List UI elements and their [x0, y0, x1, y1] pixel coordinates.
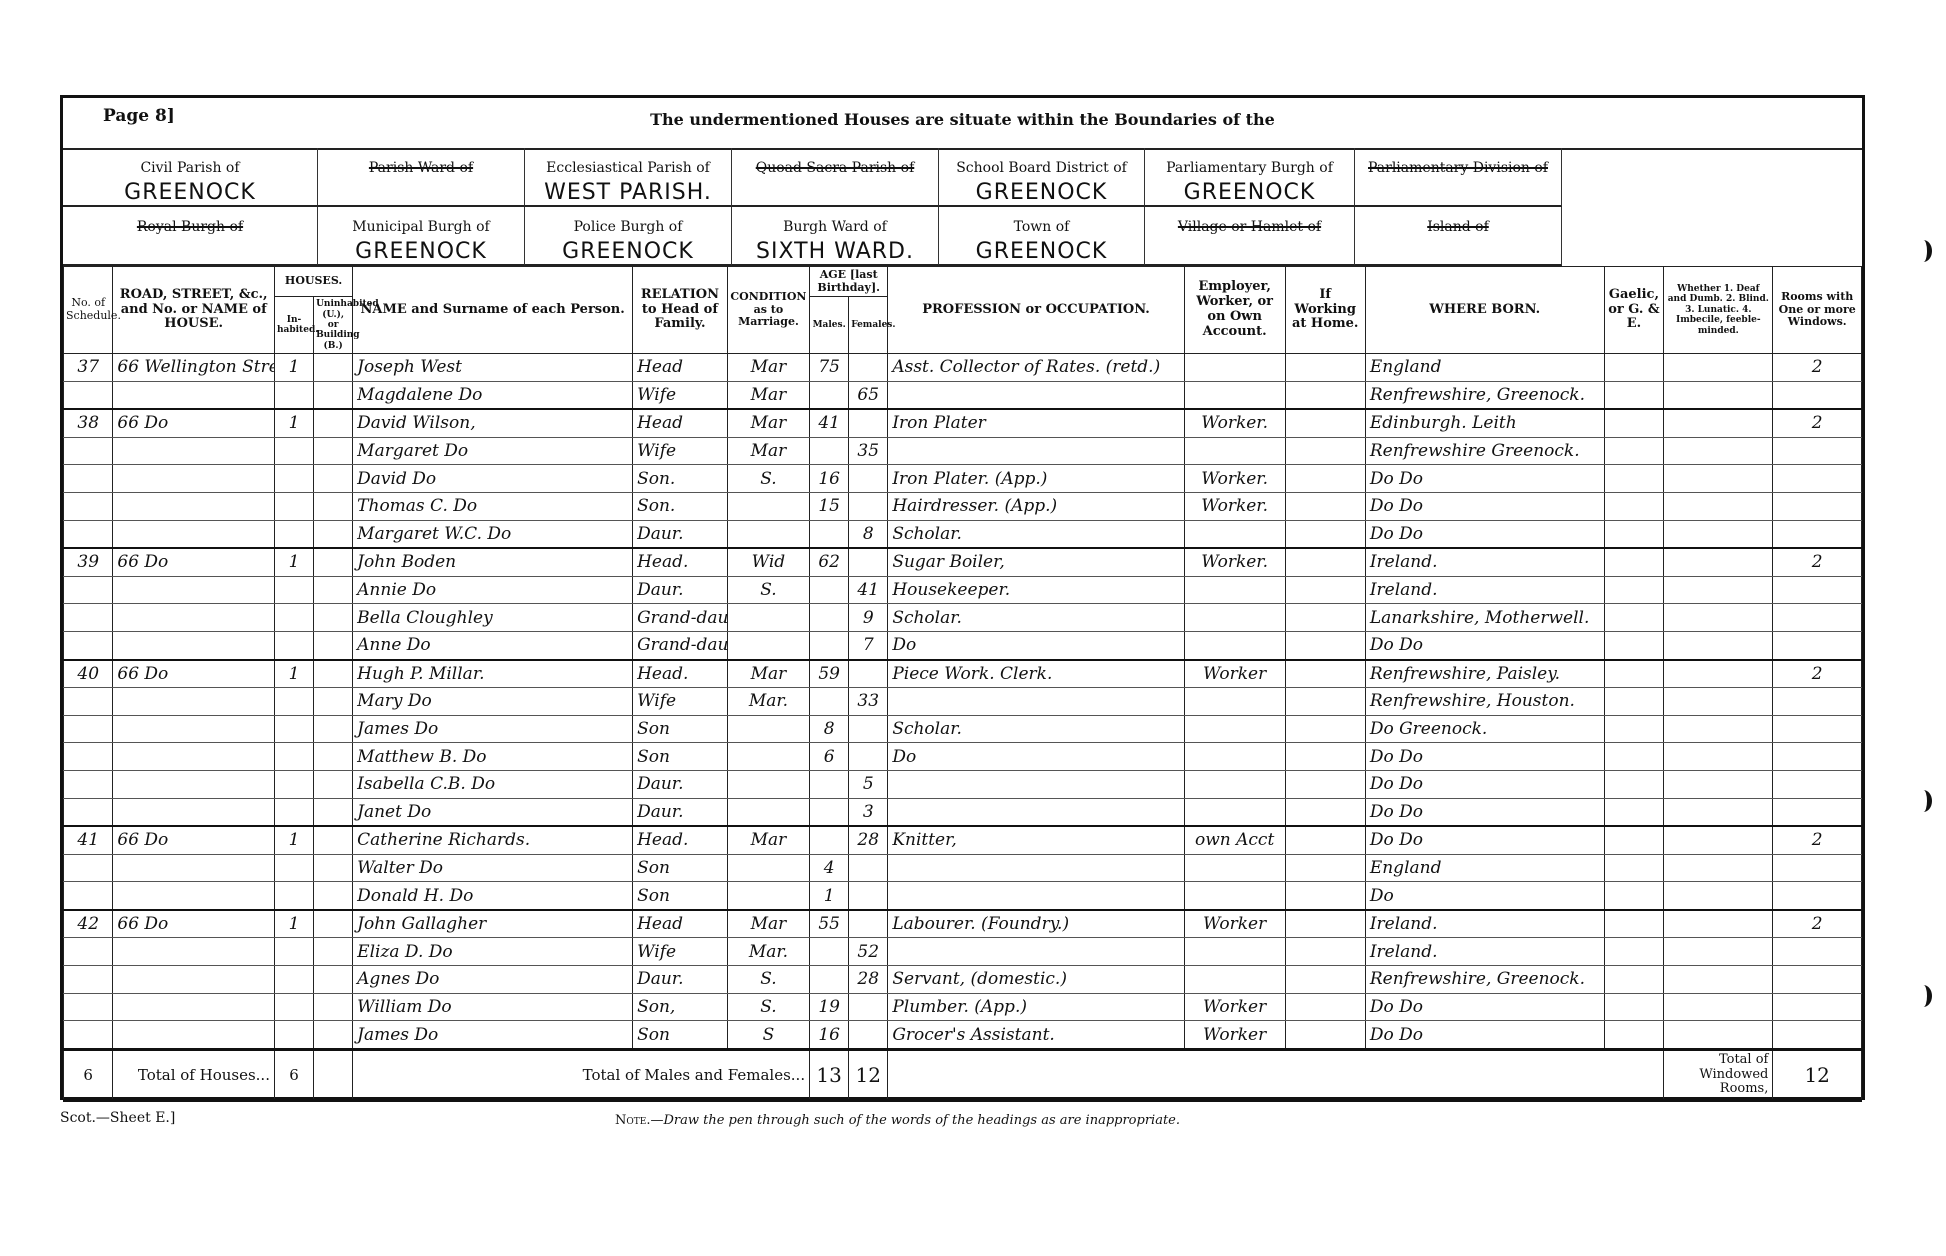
birthplace-cell: Do Do	[1365, 743, 1604, 771]
binding-mark	[1915, 240, 1932, 262]
relation-cell: Head	[633, 910, 728, 938]
schedule-cell	[64, 743, 113, 771]
sheet-label: Scot.—Sheet E.]	[60, 1110, 175, 1126]
females-age-cell	[849, 854, 888, 882]
rooms-cell	[1773, 715, 1862, 743]
females-age-cell: 28	[849, 966, 888, 994]
occupation-cell: Hairdresser. (App.)	[888, 492, 1184, 520]
name-cell: James Do	[353, 1021, 633, 1050]
uninhabited-cell	[314, 492, 353, 520]
uninhabited-cell	[314, 604, 353, 632]
employer-cell	[1184, 743, 1285, 771]
birthplace-cell: Lanarkshire, Motherwell.	[1365, 604, 1604, 632]
occupation-cell: Piece Work. Clerk.	[888, 660, 1184, 688]
males-age-cell	[810, 966, 849, 994]
relation-cell: Grand-daur.	[633, 604, 728, 632]
name-cell: Margaret Do	[353, 437, 633, 465]
inhabited-cell	[274, 743, 313, 771]
gaelic-cell	[1604, 354, 1664, 382]
females-age-cell: 8	[849, 520, 888, 548]
relation-cell: Son.	[633, 492, 728, 520]
boundary-value: SIXTH WARD.	[732, 239, 938, 264]
boundary-cell: Parliamentary Burgh ofGREENOCK	[1145, 148, 1355, 207]
birthplace-cell: Do Do	[1365, 798, 1604, 826]
employer-cell	[1184, 938, 1285, 966]
col-condition: CONDITION as to Marriage.	[727, 267, 809, 354]
schedule-cell	[64, 1021, 113, 1050]
address-cell	[113, 604, 275, 632]
uninhabited-cell	[314, 715, 353, 743]
uninhabited-cell	[314, 743, 353, 771]
birthplace-cell: England	[1365, 354, 1604, 382]
occupation-cell: Knitter,	[888, 826, 1184, 854]
employer-cell: Worker	[1184, 1021, 1285, 1050]
at-home-cell	[1285, 548, 1365, 576]
col-occupation: PROFESSION or OCCUPATION.	[888, 267, 1184, 354]
uninhabited-cell	[314, 882, 353, 910]
infirmity-cell	[1664, 465, 1773, 493]
name-cell: Catherine Richards.	[353, 826, 633, 854]
inhabited-cell	[274, 715, 313, 743]
boundary-cell: Island of	[1355, 207, 1562, 266]
females-age-cell	[849, 910, 888, 938]
at-home-cell	[1285, 604, 1365, 632]
total-rooms: 12	[1773, 1049, 1862, 1100]
employer-cell	[1184, 770, 1285, 798]
females-age-cell	[849, 715, 888, 743]
at-home-cell	[1285, 854, 1365, 882]
condition-cell	[727, 492, 809, 520]
address-cell	[113, 1021, 275, 1050]
name-cell: Hugh P. Millar.	[353, 660, 633, 688]
boundary-cell: Parish Ward of	[318, 148, 525, 207]
infirmity-cell	[1664, 437, 1773, 465]
col-relation: RELATION to Head of Family.	[633, 267, 728, 354]
infirmity-cell	[1664, 798, 1773, 826]
boundary-cell: Municipal Burgh ofGREENOCK	[318, 207, 525, 266]
occupation-cell: Housekeeper.	[888, 576, 1184, 604]
col-schedule: No. of Schedule.	[64, 267, 113, 354]
uninhabited-cell	[314, 381, 353, 409]
name-cell: David Wilson,	[353, 409, 633, 437]
note-text: Draw the pen through such of the words o…	[663, 1113, 1180, 1128]
at-home-cell	[1285, 743, 1365, 771]
inhabited-cell: 1	[274, 354, 313, 382]
total-houses-uninhabited	[314, 1049, 353, 1100]
condition-cell: S.	[727, 465, 809, 493]
birthplace-cell: Renfrewshire, Houston.	[1365, 688, 1604, 716]
infirmity-cell	[1664, 520, 1773, 548]
total-persons-label: Total of Males and Females...	[353, 1049, 810, 1100]
col-name: NAME and Surname of each Person.	[353, 267, 633, 354]
relation-cell: Daur.	[633, 798, 728, 826]
note-prefix: Note.—	[615, 1113, 663, 1128]
table-row: Anne DoGrand-daur.7DoDo Do	[64, 631, 1862, 659]
gaelic-cell	[1604, 381, 1664, 409]
boundary-label: Municipal Burgh of	[318, 219, 524, 235]
rooms-cell: 2	[1773, 910, 1862, 938]
females-age-cell	[849, 743, 888, 771]
occupation-cell	[888, 688, 1184, 716]
infirmity-cell	[1664, 938, 1773, 966]
rooms-cell	[1773, 576, 1862, 604]
relation-cell: Daur.	[633, 770, 728, 798]
address-cell: 66 Do	[113, 910, 275, 938]
employer-cell	[1184, 576, 1285, 604]
infirmity-cell	[1664, 548, 1773, 576]
males-age-cell	[810, 437, 849, 465]
gaelic-cell	[1604, 465, 1664, 493]
address-cell	[113, 492, 275, 520]
table-row: Janet DoDaur.3Do Do	[64, 798, 1862, 826]
males-age-cell: 41	[810, 409, 849, 437]
boundary-cell: Ecclesiastical Parish ofWEST PARISH.	[525, 148, 732, 207]
uninhabited-cell	[314, 631, 353, 659]
employer-cell	[1184, 798, 1285, 826]
table-row: Magdalene DoWifeMar65Renfrewshire, Green…	[64, 381, 1862, 409]
birthplace-cell: Renfrewshire, Greenock.	[1365, 966, 1604, 994]
at-home-cell	[1285, 910, 1365, 938]
males-age-cell: 16	[810, 1021, 849, 1050]
infirmity-cell	[1664, 854, 1773, 882]
relation-cell: Head	[633, 409, 728, 437]
gaelic-cell	[1604, 520, 1664, 548]
boundary-value: WEST PARISH.	[525, 180, 731, 205]
occupation-cell: Plumber. (App.)	[888, 993, 1184, 1021]
relation-cell: Wife	[633, 437, 728, 465]
birthplace-cell: Do Do	[1365, 1021, 1604, 1050]
condition-cell: Mar	[727, 409, 809, 437]
inhabited-cell	[274, 882, 313, 910]
infirmity-cell	[1664, 576, 1773, 604]
employer-cell: Worker.	[1184, 492, 1285, 520]
col-males: Males.	[810, 297, 849, 354]
condition-cell	[727, 743, 809, 771]
binding-mark	[1915, 985, 1932, 1007]
uninhabited-cell	[314, 826, 353, 854]
relation-cell: Daur.	[633, 520, 728, 548]
at-home-cell	[1285, 798, 1365, 826]
at-home-cell	[1285, 993, 1365, 1021]
males-age-cell	[810, 631, 849, 659]
condition-cell: S.	[727, 576, 809, 604]
table-row: William DoSon,S.19Plumber. (App.)WorkerD…	[64, 993, 1862, 1021]
at-home-cell	[1285, 770, 1365, 798]
table-row: 3966 Do1John BodenHead.Wid62Sugar Boiler…	[64, 548, 1862, 576]
employer-cell: Worker	[1184, 660, 1285, 688]
rooms-cell	[1773, 381, 1862, 409]
birthplace-cell: Do	[1365, 882, 1604, 910]
col-address: ROAD, STREET, &c., and No. or NAME of HO…	[113, 267, 275, 354]
rooms-cell: 2	[1773, 826, 1862, 854]
birthplace-cell: Ireland.	[1365, 938, 1604, 966]
address-cell	[113, 882, 275, 910]
schedule-cell	[64, 465, 113, 493]
gaelic-cell	[1604, 770, 1664, 798]
rooms-cell	[1773, 604, 1862, 632]
females-age-cell: 41	[849, 576, 888, 604]
col-rooms: Rooms with One or more Windows.	[1773, 267, 1862, 354]
schedule-cell	[64, 520, 113, 548]
males-age-cell	[810, 770, 849, 798]
at-home-cell	[1285, 492, 1365, 520]
table-row: Annie DoDaur.S.41Housekeeper.Ireland.	[64, 576, 1862, 604]
males-age-cell: 75	[810, 354, 849, 382]
inhabited-cell: 1	[274, 826, 313, 854]
birthplace-cell: Do Greenock.	[1365, 715, 1604, 743]
table-row: Donald H. DoSon1Do	[64, 882, 1862, 910]
relation-cell: Daur.	[633, 576, 728, 604]
occupation-cell: Scholar.	[888, 520, 1184, 548]
uninhabited-cell	[314, 409, 353, 437]
infirmity-cell	[1664, 409, 1773, 437]
table-row: James DoSonS16Grocer's Assistant.WorkerD…	[64, 1021, 1862, 1050]
schedule-cell: 38	[64, 409, 113, 437]
rooms-cell: 2	[1773, 660, 1862, 688]
inhabited-cell	[274, 576, 313, 604]
condition-cell: Mar	[727, 660, 809, 688]
occupation-cell	[888, 854, 1184, 882]
total-females: 12	[849, 1049, 888, 1100]
boundary-value: GREENOCK	[63, 180, 317, 205]
schedule-cell	[64, 576, 113, 604]
infirmity-cell	[1664, 688, 1773, 716]
col-age: AGE [last Birthday].	[810, 267, 888, 297]
females-age-cell: 65	[849, 381, 888, 409]
boundary-label: Parliamentary Division of	[1355, 160, 1561, 176]
table-row: David DoSon.S.16Iron Plater. (App.)Worke…	[64, 465, 1862, 493]
inhabited-cell	[274, 966, 313, 994]
females-age-cell: 28	[849, 826, 888, 854]
col-gaelic: Gaelic, or G. & E.	[1604, 267, 1664, 354]
table-row: Eliza D. DoWifeMar.52Ireland.	[64, 938, 1862, 966]
relation-cell: Son	[633, 743, 728, 771]
birthplace-cell: Do Do	[1365, 520, 1604, 548]
gaelic-cell	[1604, 631, 1664, 659]
gaelic-cell	[1604, 548, 1664, 576]
gaelic-cell	[1604, 576, 1664, 604]
employer-cell: Worker.	[1184, 465, 1285, 493]
relation-cell: Head	[633, 354, 728, 382]
name-cell: Donald H. Do	[353, 882, 633, 910]
rooms-cell	[1773, 938, 1862, 966]
at-home-cell	[1285, 715, 1365, 743]
boundary-value: GREENOCK	[525, 239, 731, 264]
at-home-cell	[1285, 938, 1365, 966]
uninhabited-cell	[314, 660, 353, 688]
totals-row: 6 Total of Houses... 6 Total of Males an…	[64, 1049, 1862, 1100]
table-row: 4066 Do1Hugh P. Millar.Head.Mar59Piece W…	[64, 660, 1862, 688]
males-age-cell: 19	[810, 993, 849, 1021]
boundary-cell: Town ofGREENOCK	[939, 207, 1145, 266]
employer-cell	[1184, 715, 1285, 743]
census-sheet: Page 8] The undermentioned Houses are si…	[60, 95, 1865, 1100]
relation-cell: Daur.	[633, 966, 728, 994]
inhabited-cell: 1	[274, 548, 313, 576]
address-cell: 66 Wellington Street	[113, 354, 275, 382]
females-age-cell: 5	[849, 770, 888, 798]
address-cell	[113, 715, 275, 743]
col-employer: Employer, Worker, or on Own Account.	[1184, 267, 1285, 354]
relation-cell: Wife	[633, 381, 728, 409]
infirmity-cell	[1664, 882, 1773, 910]
table-row: Isabella C.B. DoDaur.5Do Do	[64, 770, 1862, 798]
males-age-cell: 8	[810, 715, 849, 743]
employer-cell	[1184, 354, 1285, 382]
name-cell: William Do	[353, 993, 633, 1021]
table-row: Mary DoWifeMar.33Renfrewshire, Houston.	[64, 688, 1862, 716]
gaelic-cell	[1604, 1021, 1664, 1050]
occupation-cell: Do	[888, 631, 1184, 659]
inhabited-cell	[274, 1021, 313, 1050]
at-home-cell	[1285, 826, 1365, 854]
name-cell: Walter Do	[353, 854, 633, 882]
condition-cell	[727, 770, 809, 798]
employer-cell	[1184, 631, 1285, 659]
males-age-cell: 55	[810, 910, 849, 938]
rooms-cell	[1773, 520, 1862, 548]
condition-cell: Mar	[727, 381, 809, 409]
total-males: 13	[810, 1049, 849, 1100]
col-infirmity: Whether 1. Deaf and Dumb. 2. Blind. 3. L…	[1664, 267, 1773, 354]
boundary-cell: Quoad Sacra Parish of	[732, 148, 939, 207]
name-cell: David Do	[353, 465, 633, 493]
occupation-cell	[888, 381, 1184, 409]
table-row: Bella CloughleyGrand-daur.9Scholar.Lanar…	[64, 604, 1862, 632]
relation-cell: Son,	[633, 993, 728, 1021]
employer-cell: Worker.	[1184, 548, 1285, 576]
occupation-cell: Labourer. (Foundry.)	[888, 910, 1184, 938]
schedule-cell	[64, 688, 113, 716]
at-home-cell	[1285, 631, 1365, 659]
occupation-cell: Do	[888, 743, 1184, 771]
inhabited-cell	[274, 938, 313, 966]
address-cell: 66 Do	[113, 409, 275, 437]
birthplace-cell: England	[1365, 854, 1604, 882]
boundary-label: Parish Ward of	[318, 160, 524, 176]
infirmity-cell	[1664, 381, 1773, 409]
inhabited-cell	[274, 854, 313, 882]
total-rooms-label: Total of Windowed Rooms,	[1664, 1049, 1773, 1100]
relation-cell: Head.	[633, 826, 728, 854]
census-rows: 3766 Wellington Street1Joseph WestHeadMa…	[64, 354, 1862, 1050]
address-cell: 66 Do	[113, 826, 275, 854]
condition-cell	[727, 631, 809, 659]
binding-mark	[1915, 790, 1932, 812]
occupation-cell: Servant, (domestic.)	[888, 966, 1184, 994]
inhabited-cell: 1	[274, 660, 313, 688]
address-cell	[113, 520, 275, 548]
col-where-born: WHERE BORN.	[1365, 267, 1604, 354]
rooms-cell	[1773, 854, 1862, 882]
address-cell	[113, 854, 275, 882]
schedule-cell	[64, 381, 113, 409]
uninhabited-cell	[314, 854, 353, 882]
address-cell	[113, 743, 275, 771]
condition-cell: Mar	[727, 826, 809, 854]
gaelic-cell	[1604, 854, 1664, 882]
address-cell	[113, 437, 275, 465]
total-houses-inhabited: 6	[274, 1049, 313, 1100]
condition-cell: Mar	[727, 354, 809, 382]
males-age-cell	[810, 381, 849, 409]
rooms-cell: 2	[1773, 548, 1862, 576]
address-cell: 66 Do	[113, 548, 275, 576]
condition-cell: S	[727, 1021, 809, 1050]
relation-cell: Wife	[633, 938, 728, 966]
name-cell: Isabella C.B. Do	[353, 770, 633, 798]
infirmity-cell	[1664, 604, 1773, 632]
birthplace-cell: Ireland.	[1365, 910, 1604, 938]
schedule-cell	[64, 882, 113, 910]
relation-cell: Grand-daur.	[633, 631, 728, 659]
schedule-cell: 40	[64, 660, 113, 688]
name-cell: Thomas C. Do	[353, 492, 633, 520]
occupation-cell	[888, 938, 1184, 966]
at-home-cell	[1285, 520, 1365, 548]
infirmity-cell	[1664, 354, 1773, 382]
uninhabited-cell	[314, 798, 353, 826]
condition-cell	[727, 520, 809, 548]
boundary-label: Parliamentary Burgh of	[1145, 160, 1354, 176]
schedule-cell: 42	[64, 910, 113, 938]
schedule-cell	[64, 604, 113, 632]
name-cell: Agnes Do	[353, 966, 633, 994]
males-age-cell	[810, 520, 849, 548]
birthplace-cell: Ireland.	[1365, 576, 1604, 604]
rooms-cell	[1773, 743, 1862, 771]
schedule-cell: 37	[64, 354, 113, 382]
schedule-cell	[64, 993, 113, 1021]
address-cell	[113, 993, 275, 1021]
males-age-cell: 15	[810, 492, 849, 520]
boundary-label: Quoad Sacra Parish of	[732, 160, 938, 176]
total-schedules: 6	[64, 1049, 113, 1100]
uninhabited-cell	[314, 548, 353, 576]
gaelic-cell	[1604, 492, 1664, 520]
gaelic-cell	[1604, 660, 1664, 688]
employer-cell	[1184, 520, 1285, 548]
females-age-cell: 3	[849, 798, 888, 826]
schedule-cell: 41	[64, 826, 113, 854]
males-age-cell: 4	[810, 854, 849, 882]
infirmity-cell	[1664, 993, 1773, 1021]
at-home-cell	[1285, 882, 1365, 910]
infirmity-cell	[1664, 660, 1773, 688]
males-age-cell: 6	[810, 743, 849, 771]
name-cell: Magdalene Do	[353, 381, 633, 409]
name-cell: Anne Do	[353, 631, 633, 659]
rooms-cell	[1773, 688, 1862, 716]
address-cell	[113, 576, 275, 604]
infirmity-cell	[1664, 492, 1773, 520]
males-age-cell	[810, 826, 849, 854]
boundary-value: GREENOCK	[318, 239, 524, 264]
condition-cell: Mar.	[727, 938, 809, 966]
address-cell	[113, 631, 275, 659]
gaelic-cell	[1604, 604, 1664, 632]
at-home-cell	[1285, 354, 1365, 382]
boundary-label: Ecclesiastical Parish of	[525, 160, 731, 176]
at-home-cell	[1285, 465, 1365, 493]
relation-cell: Son	[633, 882, 728, 910]
rooms-cell	[1773, 437, 1862, 465]
rooms-cell: 2	[1773, 354, 1862, 382]
table-row: Margaret DoWifeMar35Renfrewshire Greenoc…	[64, 437, 1862, 465]
boundary-value: GREENOCK	[939, 239, 1144, 264]
relation-cell: Son	[633, 715, 728, 743]
name-cell: Annie Do	[353, 576, 633, 604]
